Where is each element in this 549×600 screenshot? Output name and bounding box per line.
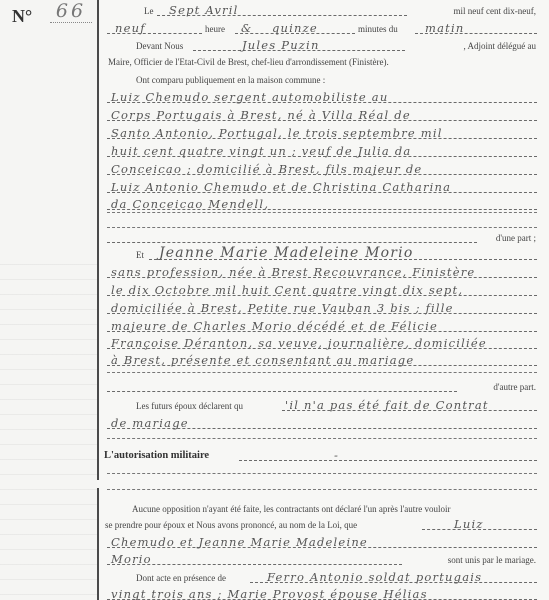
united-label: sont unis par le mariage. <box>447 555 537 565</box>
une-part-line: d'une part ; <box>107 229 537 245</box>
blank-rule <box>107 489 537 490</box>
register-page: N° 66 Le Sept Avril mil neuf cent dix-ne… <box>0 0 549 600</box>
witness-label: Dont acte en présence de <box>135 573 227 583</box>
autre-part-label: d'autre part. <box>492 382 537 392</box>
bride-name-line: Et Jeanne Marie Madeleine Morio <box>107 246 537 262</box>
groom-text-1: Luiz Chemudo sergent automobiliste au <box>111 90 388 104</box>
blank-rule <box>107 372 537 373</box>
autre-part-line: d'autre part. <box>107 378 537 394</box>
groom-text-7: da Conceicao Mendell, <box>111 197 269 211</box>
maire-text: Maire, Officier de l'Etat-Civil de Brest… <box>107 57 390 67</box>
year-text: mil neuf cent dix-neuf, <box>453 6 537 16</box>
military-label: L'autorisation militaire <box>104 450 209 461</box>
contract-label: Les futurs époux déclarent qu <box>135 401 244 411</box>
groom-line-6: Luiz Antonio Chemudo et de Christina Cat… <box>107 179 537 195</box>
bride-text-3: domiciliée à Brest, Petite rue Vauban 3 … <box>111 301 454 315</box>
bride-line-5: Françoise Déranton, sa veuve, journalièr… <box>107 335 537 351</box>
le-label: Le <box>143 6 155 16</box>
groom-text-3: Santo Antonio, Portugal, le trois septem… <box>111 126 443 140</box>
groom-line-2: Corps Portugais à Brest, né à Villa Réal… <box>107 107 537 123</box>
contract-line-1: Les futurs époux déclarent qu 'il n'a pa… <box>107 397 537 413</box>
contract-line-2: de mariage <box>107 415 537 431</box>
names-line-2: Chemudo et Jeanne Marie Madeleine <box>107 534 537 550</box>
groom-line-3: Santo Antonio, Portugal, le trois septem… <box>107 125 537 141</box>
hour-label: heure <box>204 24 226 34</box>
et-label: Et <box>135 250 145 260</box>
margin-vertical-rule <box>97 0 99 600</box>
contract-text-1: 'il n'a pas été fait de Contrat <box>285 398 489 412</box>
bride-text-2: le dix Octobre mil huit Cent quatre ving… <box>111 283 463 297</box>
adjoint-label: , Adjoint délégué au <box>463 41 537 51</box>
blank-rule <box>107 438 537 439</box>
witness-line-2: vingt trois ans ; Marie Provost épouse H… <box>107 586 537 600</box>
military-value: - <box>334 448 339 462</box>
bride-line-2: le dix Octobre mil huit Cent quatre ving… <box>107 282 537 298</box>
margin-bleedthrough-lines <box>0 250 97 600</box>
military-line: L'autorisation militaire - <box>104 447 537 463</box>
blank-rule <box>107 227 537 228</box>
pronounce-text: se prendre pour époux et Nous avons pron… <box>104 520 358 530</box>
hour-extra: & <box>241 21 252 35</box>
act-number: 66 <box>50 0 92 23</box>
groom-line-7: da Conceicao Mendell, <box>107 196 537 212</box>
bride-line-4: majeure de Charles Morio décédé et de Fé… <box>107 318 537 334</box>
groom-line-1: Luiz Chemudo sergent automobiliste au <box>107 89 537 105</box>
officer-name: Jules Puzin <box>242 38 320 52</box>
bride-text-5: Françoise Déranton, sa veuve, journalièr… <box>111 336 487 350</box>
groom-text-6: Luiz Antonio Chemudo et de Christina Cat… <box>111 180 451 194</box>
date-line: Le Sept Avril mil neuf cent dix-neuf, <box>107 2 537 18</box>
une-part-fill <box>107 242 477 243</box>
devant-label: Devant Nous <box>135 41 184 51</box>
military-fill <box>239 460 537 461</box>
bride-line-6: à Brest, présente et consentant au maria… <box>107 352 537 368</box>
officer-line: Devant Nous Jules Puzin , Adjoint délégu… <box>107 37 537 53</box>
groom-text-4: huit cent quatre vingt un ; veuf de Juli… <box>111 144 411 158</box>
blank-rule <box>107 473 537 474</box>
minutes-value: quinze <box>272 21 318 35</box>
bride-text-6: à Brest, présente et consentant au maria… <box>111 353 414 367</box>
pronounce-line: se prendre pour époux et Nous avons pron… <box>104 516 537 532</box>
period-value: matin <box>425 21 464 35</box>
witness-line-1: Dont acte en présence de Ferro Antonio s… <box>107 569 537 585</box>
groom-text-2: Corps Portugais à Brest, né à Villa Réal… <box>111 108 411 122</box>
contract-text-2: de mariage <box>111 416 189 430</box>
opposition-line: Aucune opposition n'ayant été faite, les… <box>107 500 537 516</box>
time-line: neuf heure & quinze minutes du matin <box>107 20 537 36</box>
bride-name: Jeanne Marie Madeleine Morio <box>159 245 413 261</box>
groom-line-5: Conceicao ; domicilié à Brest, fils maje… <box>107 161 537 177</box>
maire-line: Maire, Officier de l'Etat-Civil de Brest… <box>107 53 537 69</box>
act-number-label: N° <box>12 6 32 27</box>
bride-line-1: sans profession, née à Brest Recouvrance… <box>107 264 537 280</box>
names-text-2: Chemudo et Jeanne Marie Madeleine <box>111 535 368 549</box>
bride-text-1: sans profession, née à Brest Recouvrance… <box>111 265 475 279</box>
comparu-label: Ont comparu publiquement en la maison co… <box>135 75 326 85</box>
autre-part-fill <box>107 391 457 392</box>
witness-text-1: Ferro Antonio soldat portugais <box>267 570 482 584</box>
names-line-3: Morio sont unis par le mariage. <box>107 551 537 567</box>
bride-line-3: domiciliée à Brest, Petite rue Vauban 3 … <box>107 300 537 316</box>
date-day-month: Sept Avril <box>169 3 239 17</box>
blank-rule <box>107 212 537 213</box>
une-part-label: d'une part ; <box>495 233 537 243</box>
rule-gap <box>97 480 99 488</box>
groom-line-4: huit cent quatre vingt un ; veuf de Juli… <box>107 143 537 159</box>
groom-text-5: Conceicao ; domicilié à Brest, fils maje… <box>111 162 422 176</box>
opposition-text: Aucune opposition n'ayant été faite, les… <box>131 504 452 514</box>
names-text-3: Morio <box>111 552 152 566</box>
minutes-label: minutes du <box>357 24 399 34</box>
hour-value: neuf <box>115 21 146 35</box>
witness-text-2: vingt trois ans ; Marie Provost épouse H… <box>111 587 428 600</box>
names-text-1: Luiz <box>454 517 484 531</box>
comparu-line: Ont comparu publiquement en la maison co… <box>107 71 537 87</box>
bride-text-4: majeure de Charles Morio décédé et de Fé… <box>111 319 438 333</box>
